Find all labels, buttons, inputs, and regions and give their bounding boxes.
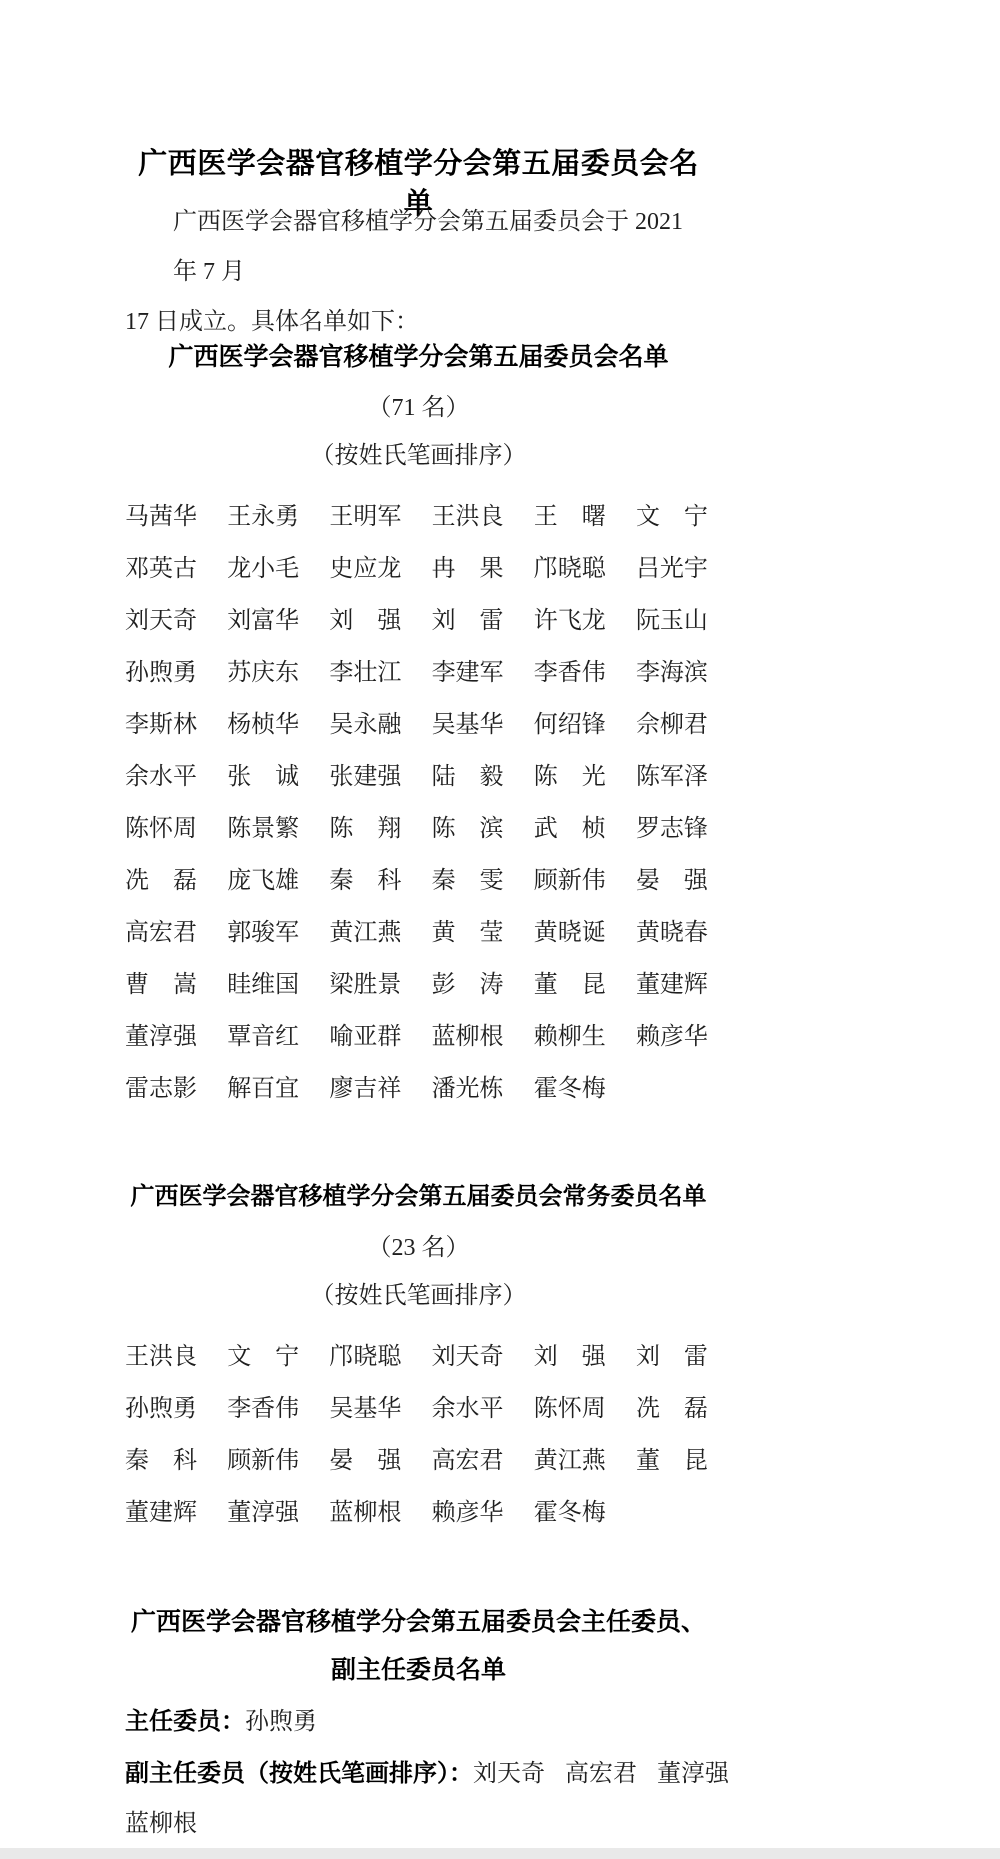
member-name: 佘柳君 (636, 704, 712, 739)
member-name: 赖彦华 (432, 1492, 508, 1527)
member-name: 李壮江 (329, 652, 405, 687)
member-name: 覃音红 (227, 1016, 303, 1051)
intro-line-1: 广西医学会器官移植学分会第五届委员会于 2021 年 7 月 (125, 197, 712, 297)
member-name: 庞飞雄 (227, 860, 303, 895)
member-name: 李斯林 (125, 704, 201, 739)
member-list-section: 广西医学会器官移植学分会第五届委员会名单 （71 名） （按姓氏笔画排序） 马茜… (125, 341, 712, 1111)
member-name: 梁胜景 (329, 964, 405, 999)
member-name: 龙小毛 (227, 548, 303, 583)
vice-chair-wrap-line: 蓝柳根 (125, 1806, 875, 1842)
member-name: 余水平 (125, 756, 201, 791)
name-row: 雷志影解百宜廖吉祥潘光栋霍冬梅 (125, 1059, 712, 1111)
leaders-heading: 广西医学会器官移植学分会第五届委员会主任委员、 副主任委员名单 (125, 1598, 712, 1694)
member-name: 李香伟 (534, 652, 610, 687)
intro-line-2: 17 日成立。具体名单如下： (125, 297, 712, 347)
member-name: 马茜华 (125, 496, 201, 531)
member-name: 秦 科 (125, 1440, 201, 1475)
member-name: 王洪良 (432, 496, 508, 531)
name-row: 王洪良文 宁邝晓聪刘天奇刘 强刘 雷 (125, 1327, 712, 1379)
member-name: 陈怀周 (125, 808, 201, 843)
intro-paragraph: 广西医学会器官移植学分会第五届委员会于 2021 年 7 月 17 日成立。具体… (125, 197, 712, 347)
member-name: 顾新伟 (227, 1440, 303, 1475)
name-row: 刘天奇刘富华刘 强刘 雷许飞龙阮玉山 (125, 591, 712, 643)
member-name: 董 昆 (636, 1440, 712, 1475)
member-name: 陈 翔 (329, 808, 405, 843)
member-name: 罗志锋 (636, 808, 712, 843)
name-row: 邓英古龙小毛史应龙冉 果邝晓聪吕光宇 (125, 539, 712, 591)
name-row: 董建辉董淳强蓝柳根赖彦华霍冬梅 (125, 1483, 712, 1535)
member-name: 文 宁 (636, 496, 712, 531)
name-row: 陈怀周陈景繁陈 翔陈 滨武 桢罗志锋 (125, 799, 712, 851)
member-name: 冉 果 (432, 548, 508, 583)
member-name: 杨桢华 (227, 704, 303, 739)
member-name: 刘天奇 (432, 1336, 508, 1371)
standing-list-heading: 广西医学会器官移植学分会第五届委员会常务委员名单 (125, 1181, 712, 1213)
member-name: 文 宁 (227, 1336, 303, 1371)
member-list-count: （71 名） (125, 393, 712, 423)
page-bottom-edge (0, 1848, 1000, 1859)
vice-chair-name: 董淳强 (657, 1761, 729, 1787)
chair-name: 孙煦勇 (245, 1709, 317, 1735)
member-name: 陈军泽 (636, 756, 712, 791)
member-name: 喻亚群 (329, 1016, 405, 1051)
chair-label: 主任委员： (125, 1708, 245, 1735)
member-name: 赖彦华 (636, 1016, 712, 1051)
member-name: 高宏君 (432, 1440, 508, 1475)
member-name: 邝晓聪 (329, 1336, 405, 1371)
member-name: 史应龙 (329, 548, 405, 583)
vice-chair-label: 副主任委员（按姓氏笔画排序）： (125, 1760, 473, 1787)
member-name: 彭 涛 (432, 964, 508, 999)
member-name: 王明军 (329, 496, 405, 531)
vice-chair-names: 刘天奇高宏君董淳强 (473, 1761, 729, 1787)
vice-chair-name: 刘天奇 (473, 1761, 545, 1787)
vice-chair-name: 高宏君 (565, 1761, 637, 1787)
member-name: 潘光栋 (432, 1068, 508, 1103)
member-name: 余水平 (432, 1388, 508, 1423)
member-name: 何绍锋 (534, 704, 610, 739)
chair-line: 主任委员：孙煦勇 (125, 1704, 875, 1740)
member-name: 董 昆 (534, 964, 610, 999)
member-name: 赖柳生 (534, 1016, 610, 1051)
member-name: 霍冬梅 (534, 1492, 610, 1527)
member-name: 冼 磊 (125, 860, 201, 895)
member-name: 张建强 (329, 756, 405, 791)
member-name: 刘 雷 (432, 600, 508, 635)
vice-chair-line: 副主任委员（按姓氏笔画排序）：刘天奇高宏君董淳强 (125, 1756, 875, 1792)
standing-list-sort-note: （按姓氏笔画排序） (125, 1281, 712, 1311)
member-name: 刘天奇 (125, 600, 201, 635)
leaders-heading-line-2: 副主任委员名单 (125, 1646, 712, 1694)
member-name: 吴永融 (329, 704, 405, 739)
member-name: 阮玉山 (636, 600, 712, 635)
member-name: 张 诚 (227, 756, 303, 791)
standing-list-section: 广西医学会器官移植学分会第五届委员会常务委员名单 （23 名） （按姓氏笔画排序… (125, 1181, 712, 1535)
member-name: 晏 强 (636, 860, 712, 895)
member-name: 雷志影 (125, 1068, 201, 1103)
member-name: 黄江燕 (329, 912, 405, 947)
standing-list-count: （23 名） (125, 1233, 712, 1263)
name-row: 高宏君郭骏军黄江燕黄 莹黄晓诞黄晓春 (125, 903, 712, 955)
name-row: 秦 科顾新伟晏 强高宏君黄江燕董 昆 (125, 1431, 712, 1483)
name-row: 冼 磊庞飞雄秦 科秦 雯顾新伟晏 强 (125, 851, 712, 903)
member-name: 邓英古 (125, 548, 201, 583)
vice-chair-name: 蓝柳根 (125, 1811, 197, 1837)
member-name: 秦 雯 (432, 860, 508, 895)
member-name: 邝晓聪 (534, 548, 610, 583)
member-name: 蓝柳根 (329, 1492, 405, 1527)
member-name: 吕光宇 (636, 548, 712, 583)
member-name: 刘 强 (534, 1336, 610, 1371)
member-name: 刘富华 (227, 600, 303, 635)
member-name: 黄江燕 (534, 1440, 610, 1475)
member-name: 廖吉祥 (329, 1068, 405, 1103)
name-row: 董淳强覃音红喻亚群蓝柳根赖柳生赖彦华 (125, 1007, 712, 1059)
name-row: 余水平张 诚张建强陆 毅陈 光陈军泽 (125, 747, 712, 799)
member-name: 王 曙 (534, 496, 610, 531)
member-name: 孙煦勇 (125, 652, 201, 687)
member-name: 董建辉 (636, 964, 712, 999)
member-name: 董淳强 (125, 1016, 201, 1051)
member-list-heading: 广西医学会器官移植学分会第五届委员会名单 (125, 341, 712, 373)
member-name: 冼 磊 (636, 1388, 712, 1423)
member-name: 李海滨 (636, 652, 712, 687)
member-name: 陈 滨 (432, 808, 508, 843)
member-name: 王永勇 (227, 496, 303, 531)
vice-chair-names-continued: 蓝柳根 (125, 1811, 197, 1837)
member-name: 曹 嵩 (125, 964, 201, 999)
member-name: 刘 强 (329, 600, 405, 635)
member-name: 顾新伟 (534, 860, 610, 895)
member-name: 刘 雷 (636, 1336, 712, 1371)
member-name: 苏庆东 (227, 652, 303, 687)
name-row: 孙煦勇苏庆东李壮江李建军李香伟李海滨 (125, 643, 712, 695)
member-name: 李香伟 (227, 1388, 303, 1423)
member-name: 陈怀周 (534, 1388, 610, 1423)
member-name: 解百宜 (227, 1068, 303, 1103)
member-name: 陈景繁 (227, 808, 303, 843)
member-name: 陆 毅 (432, 756, 508, 791)
member-name: 霍冬梅 (534, 1068, 610, 1103)
member-name: 黄 莹 (432, 912, 508, 947)
document-page: { "doc": { "title": "广西医学会器官移植学分会第五届委员会名… (0, 0, 1000, 1859)
member-name: 高宏君 (125, 912, 201, 947)
name-row: 马茜华王永勇王明军王洪良王 曙文 宁 (125, 487, 712, 539)
member-name: 黄晓诞 (534, 912, 610, 947)
member-name-grid: 马茜华王永勇王明军王洪良王 曙文 宁邓英古龙小毛史应龙冉 果邝晓聪吕光宇刘天奇刘… (125, 487, 712, 1111)
member-name: 董淳强 (227, 1492, 303, 1527)
member-name: 许飞龙 (534, 600, 610, 635)
member-name: 秦 科 (329, 860, 405, 895)
member-name: 陈 光 (534, 756, 610, 791)
member-name: 蓝柳根 (432, 1016, 508, 1051)
member-name: 王洪良 (125, 1336, 201, 1371)
member-name: 李建军 (432, 652, 508, 687)
member-name: 吴基华 (432, 704, 508, 739)
member-name: 吴基华 (329, 1388, 405, 1423)
name-row: 孙煦勇李香伟吴基华余水平陈怀周冼 磊 (125, 1379, 712, 1431)
member-name: 郭骏军 (227, 912, 303, 947)
leaders-heading-line-1: 广西医学会器官移植学分会第五届委员会主任委员、 (125, 1598, 712, 1646)
standing-name-grid: 王洪良文 宁邝晓聪刘天奇刘 强刘 雷孙煦勇李香伟吴基华余水平陈怀周冼 磊秦 科顾… (125, 1327, 712, 1535)
member-name: 武 桢 (534, 808, 610, 843)
member-name: 眭维国 (227, 964, 303, 999)
member-name: 董建辉 (125, 1492, 201, 1527)
leaders-section: 广西医学会器官移植学分会第五届委员会主任委员、 副主任委员名单 (125, 1598, 712, 1694)
member-name: 黄晓春 (636, 912, 712, 947)
member-name: 孙煦勇 (125, 1388, 201, 1423)
member-name: 晏 强 (329, 1440, 405, 1475)
name-row: 曹 嵩眭维国梁胜景彭 涛董 昆董建辉 (125, 955, 712, 1007)
member-list-sort-note: （按姓氏笔画排序） (125, 441, 712, 471)
name-row: 李斯林杨桢华吴永融吴基华何绍锋佘柳君 (125, 695, 712, 747)
